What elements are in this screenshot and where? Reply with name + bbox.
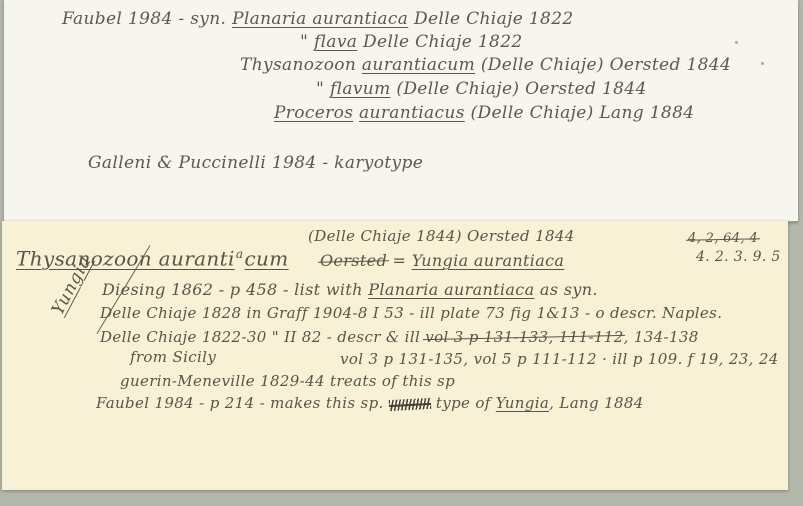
- text-segment: 4. 2. 3. 9. 5: [696, 249, 781, 265]
- text-segment: Yungia: [496, 394, 549, 412]
- text-segment: vol 3 p 131-133, 111-112: [425, 328, 623, 346]
- text-segment: , 134-138: [624, 328, 699, 346]
- text-segment: (Delle Chiaje) Lang 1884: [465, 103, 695, 123]
- handwritten-line: Proceros aurantiacus (Delle Chiaje) Lang…: [274, 104, 694, 124]
- text-segment: type of: [431, 394, 496, 412]
- handwritten-line: 4, 2, 64, 4: [688, 232, 758, 247]
- handwritten-line: " flavum (Delle Chiaje) Oersted 1844: [316, 80, 647, 100]
- text-segment: 4, 2, 64, 4: [688, 231, 758, 246]
- scanned-index-cards: Faubel 1984 - syn. Planaria aurantiaca D…: [0, 0, 803, 506]
- text-segment: =: [387, 251, 412, 270]
- handwritten-line: guerin-Meneville 1829-44 treats of this …: [120, 373, 455, 390]
- text-segment: (Delle Chiaje) Oersted 1844: [391, 79, 647, 99]
- ink-speck: [761, 62, 764, 65]
- text-segment: Faubel 1984 - syn.: [62, 9, 232, 29]
- handwritten-line: Thysanozoon aurantiacum: [16, 247, 289, 271]
- handwritten-line: 4. 2. 3. 9. 5: [696, 249, 781, 265]
- text-segment: Thysanozoon: [240, 55, 362, 75]
- text-segment: Delle Chiaje 1822-30 " II 82 - descr & i…: [100, 328, 425, 346]
- text-segment: Faubel 1984 - p 214 - makes this sp.: [96, 394, 389, 412]
- handwritten-line: from Sicily: [130, 349, 216, 366]
- index-card-top: Faubel 1984 - syn. Planaria aurantiaca D…: [4, 0, 798, 222]
- text-segment: Galleni & Puccinelli 1984 - karyotype: [88, 153, 423, 173]
- text-segment: cum: [245, 247, 289, 271]
- text-segment: a: [236, 246, 244, 261]
- text-segment: (Delle Chiaje 1844) Oersted 1844: [308, 227, 575, 245]
- text-segment: Proceros: [274, 103, 353, 123]
- handwritten-line: Delle Chiaje 1822-30 " II 82 - descr & i…: [100, 329, 699, 346]
- text-segment: Thysanozoon auranti: [16, 247, 235, 271]
- text-segment: , Lang 1884: [549, 394, 644, 412]
- text-segment: ": [300, 32, 314, 52]
- text-segment: guerin-Meneville 1829-44 treats of this …: [120, 372, 455, 390]
- text-segment: flava: [314, 32, 357, 52]
- handwritten-line: " flava Delle Chiaje 1822: [300, 33, 523, 53]
- text-segment: aurantiacum: [362, 55, 475, 75]
- text-segment: ": [316, 79, 330, 99]
- handwritten-line: (Delle Chiaje 1844) Oersted 1844: [308, 228, 575, 245]
- ink-speck: [735, 41, 738, 44]
- handwritten-line: Oersted = Yungia aurantiaca: [320, 252, 564, 270]
- handwritten-line: Galleni & Puccinelli 1984 - karyotype: [88, 154, 423, 174]
- handwritten-line: Delle Chiaje 1828 in Graff 1904-8 I 53 -…: [100, 305, 722, 322]
- text-segment: Delle Chiaje 1828 in Graff 1904-8 I 53 -…: [100, 304, 722, 322]
- text-segment: from Sicily: [130, 348, 216, 366]
- text-segment: Delle Chiaje 1822: [408, 9, 573, 29]
- handwritten-line: Thysanozoon aurantiacum (Delle Chiaje) O…: [240, 56, 731, 76]
- text-segment: Delle Chiaje 1822: [357, 32, 522, 52]
- handwritten-line: Faubel 1984 - syn. Planaria aurantiaca D…: [62, 10, 574, 30]
- text-segment: flavum: [330, 79, 391, 99]
- text-segment: vol 3 p 131-135, vol 5 p 111-112 · ill p…: [340, 350, 779, 368]
- text-segment: Diesing 1862 - p 458 - list with: [102, 280, 368, 299]
- text-segment: Yungia aurantiaca: [412, 251, 565, 270]
- text-segment: as syn.: [535, 280, 598, 299]
- text-segment: Planaria aurantiaca: [232, 9, 408, 29]
- text-segment: (Delle Chiaje) Oersted 1844: [475, 55, 731, 75]
- handwritten-line: Diesing 1862 - p 458 - list with Planari…: [102, 281, 598, 299]
- handwritten-line: vol 3 p 131-135, vol 5 p 111-112 · ill p…: [340, 351, 779, 368]
- text-segment: Planaria aurantiaca: [368, 280, 534, 299]
- text-segment: Oersted: [320, 251, 387, 270]
- handwritten-line: Faubel 1984 - p 214 - makes this sp. typ…: [96, 395, 644, 412]
- index-card-bottom: Yungia (Delle Chiaje 1844) Oersted 18444…: [2, 221, 788, 490]
- text-segment: aurantiacus: [359, 103, 465, 123]
- scribbled-out-word: [389, 398, 432, 411]
